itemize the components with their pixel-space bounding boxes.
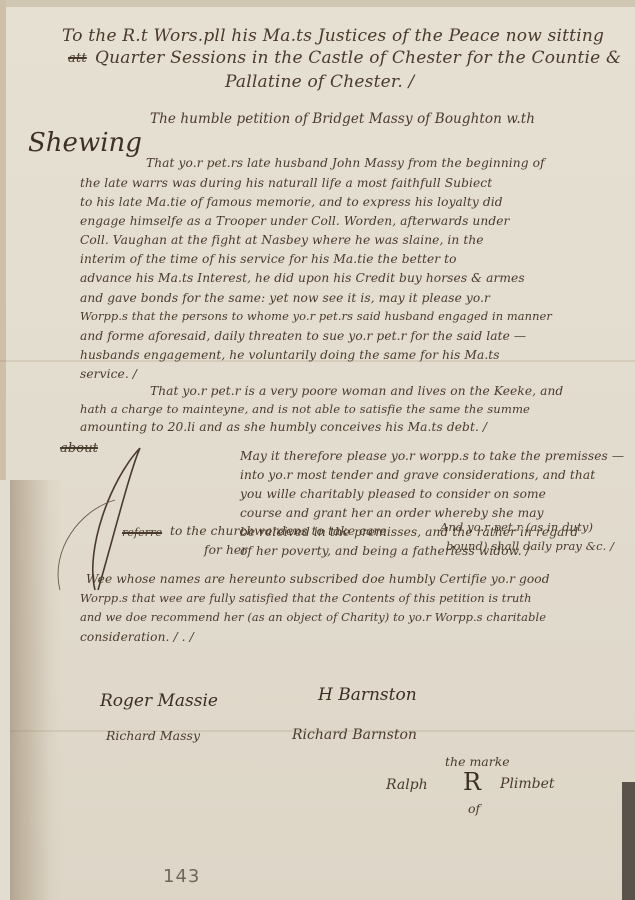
para2-line: That yo.r pet.r is a very poore woman an… (150, 385, 563, 397)
mark-name-last: Plimbet (500, 777, 555, 791)
signature-richard-barnston: Richard Barnston (292, 728, 417, 742)
margin-note-text-2: for her (204, 544, 247, 556)
para1-line: That yo.r pet.rs late husband John Massy… (146, 157, 545, 169)
signature-roger-massie: Roger Massie (100, 693, 218, 710)
top-edge (0, 0, 635, 7)
certificate-line: Worpp.s that wee are fully satisfied tha… (80, 593, 532, 604)
signature-h-barnston: H Barnston (318, 687, 417, 704)
para1-line: and forme aforesaid, daily threaten to s… (80, 330, 526, 342)
para3-line: into yo.r most tender and grave consider… (240, 469, 595, 481)
petition-title: The humble petition of Bridget Massy of … (150, 113, 535, 127)
para3-line: course and grant her an order whereby sh… (240, 507, 544, 519)
background-strip (622, 782, 635, 900)
address-line-2: Quarter Sessions in the Castle of Cheste… (95, 50, 621, 67)
struck-prefix: att (68, 52, 87, 65)
mark-of: of (468, 803, 480, 816)
para1-line: to his late Ma.tie of famous memorie, an… (80, 196, 503, 208)
para1-line: husbands engagement, he voluntarily doin… (80, 349, 500, 361)
para1-line: service. / (80, 368, 137, 380)
para2-line: hath a charge to mainteyne, and is not a… (80, 404, 530, 416)
left-edge-shadow (0, 0, 6, 480)
para1-line: interim of the time of his service for h… (80, 253, 457, 265)
certificate-line: consideration. / . / (80, 631, 194, 643)
certificate-line: and we doe recommend her (as an object o… (80, 612, 546, 623)
manuscript-page: To the R.t Wors.pll his Ma.ts Justices o… (0, 0, 635, 900)
para1-line: Worpp.s that the persons to whome yo.r p… (80, 311, 552, 322)
mark-name-first: Ralph (386, 778, 428, 792)
certificate-line: Wee whose names are hereunto subscribed … (86, 573, 550, 585)
para3-line: May it therefore please yo.r worpp.s to … (240, 450, 624, 462)
margin-note-text: to the churchwardens to take care (170, 525, 387, 537)
margin-struck-prefix: referre (122, 527, 162, 538)
para1-line: the late warrs was during his naturall l… (80, 177, 492, 189)
para1-line: engage himselfe as a Trooper under Coll.… (80, 215, 509, 227)
closing-line: And yo.r pet.r (as in duty) (440, 522, 593, 534)
para1-line: Coll. Vaughan at the fight at Nasbey whe… (80, 234, 484, 246)
para1-line: advance his Ma.ts Interest, he did upon … (80, 272, 525, 284)
torn-left-edge (0, 480, 10, 900)
mark-glyph: R (463, 770, 481, 794)
address-line-3: Pallatine of Chester. / (225, 74, 414, 91)
margin-heading-shewing: Shewing (28, 130, 142, 156)
para2-line: amounting to 20.li and as she humbly con… (80, 421, 487, 433)
closing-line: bound) shall daily pray &c. / (446, 541, 614, 553)
para1-line: and gave bonds for the same: yet now see… (80, 292, 490, 304)
para3-line: you wille charitably pleased to consider… (240, 488, 546, 500)
folio-number: 143 (163, 866, 200, 887)
address-line-1: To the R.t Wors.pll his Ma.ts Justices o… (62, 28, 604, 45)
signature-richard-massy: Richard Massy (106, 730, 200, 743)
mark-label: the marke (445, 756, 510, 769)
